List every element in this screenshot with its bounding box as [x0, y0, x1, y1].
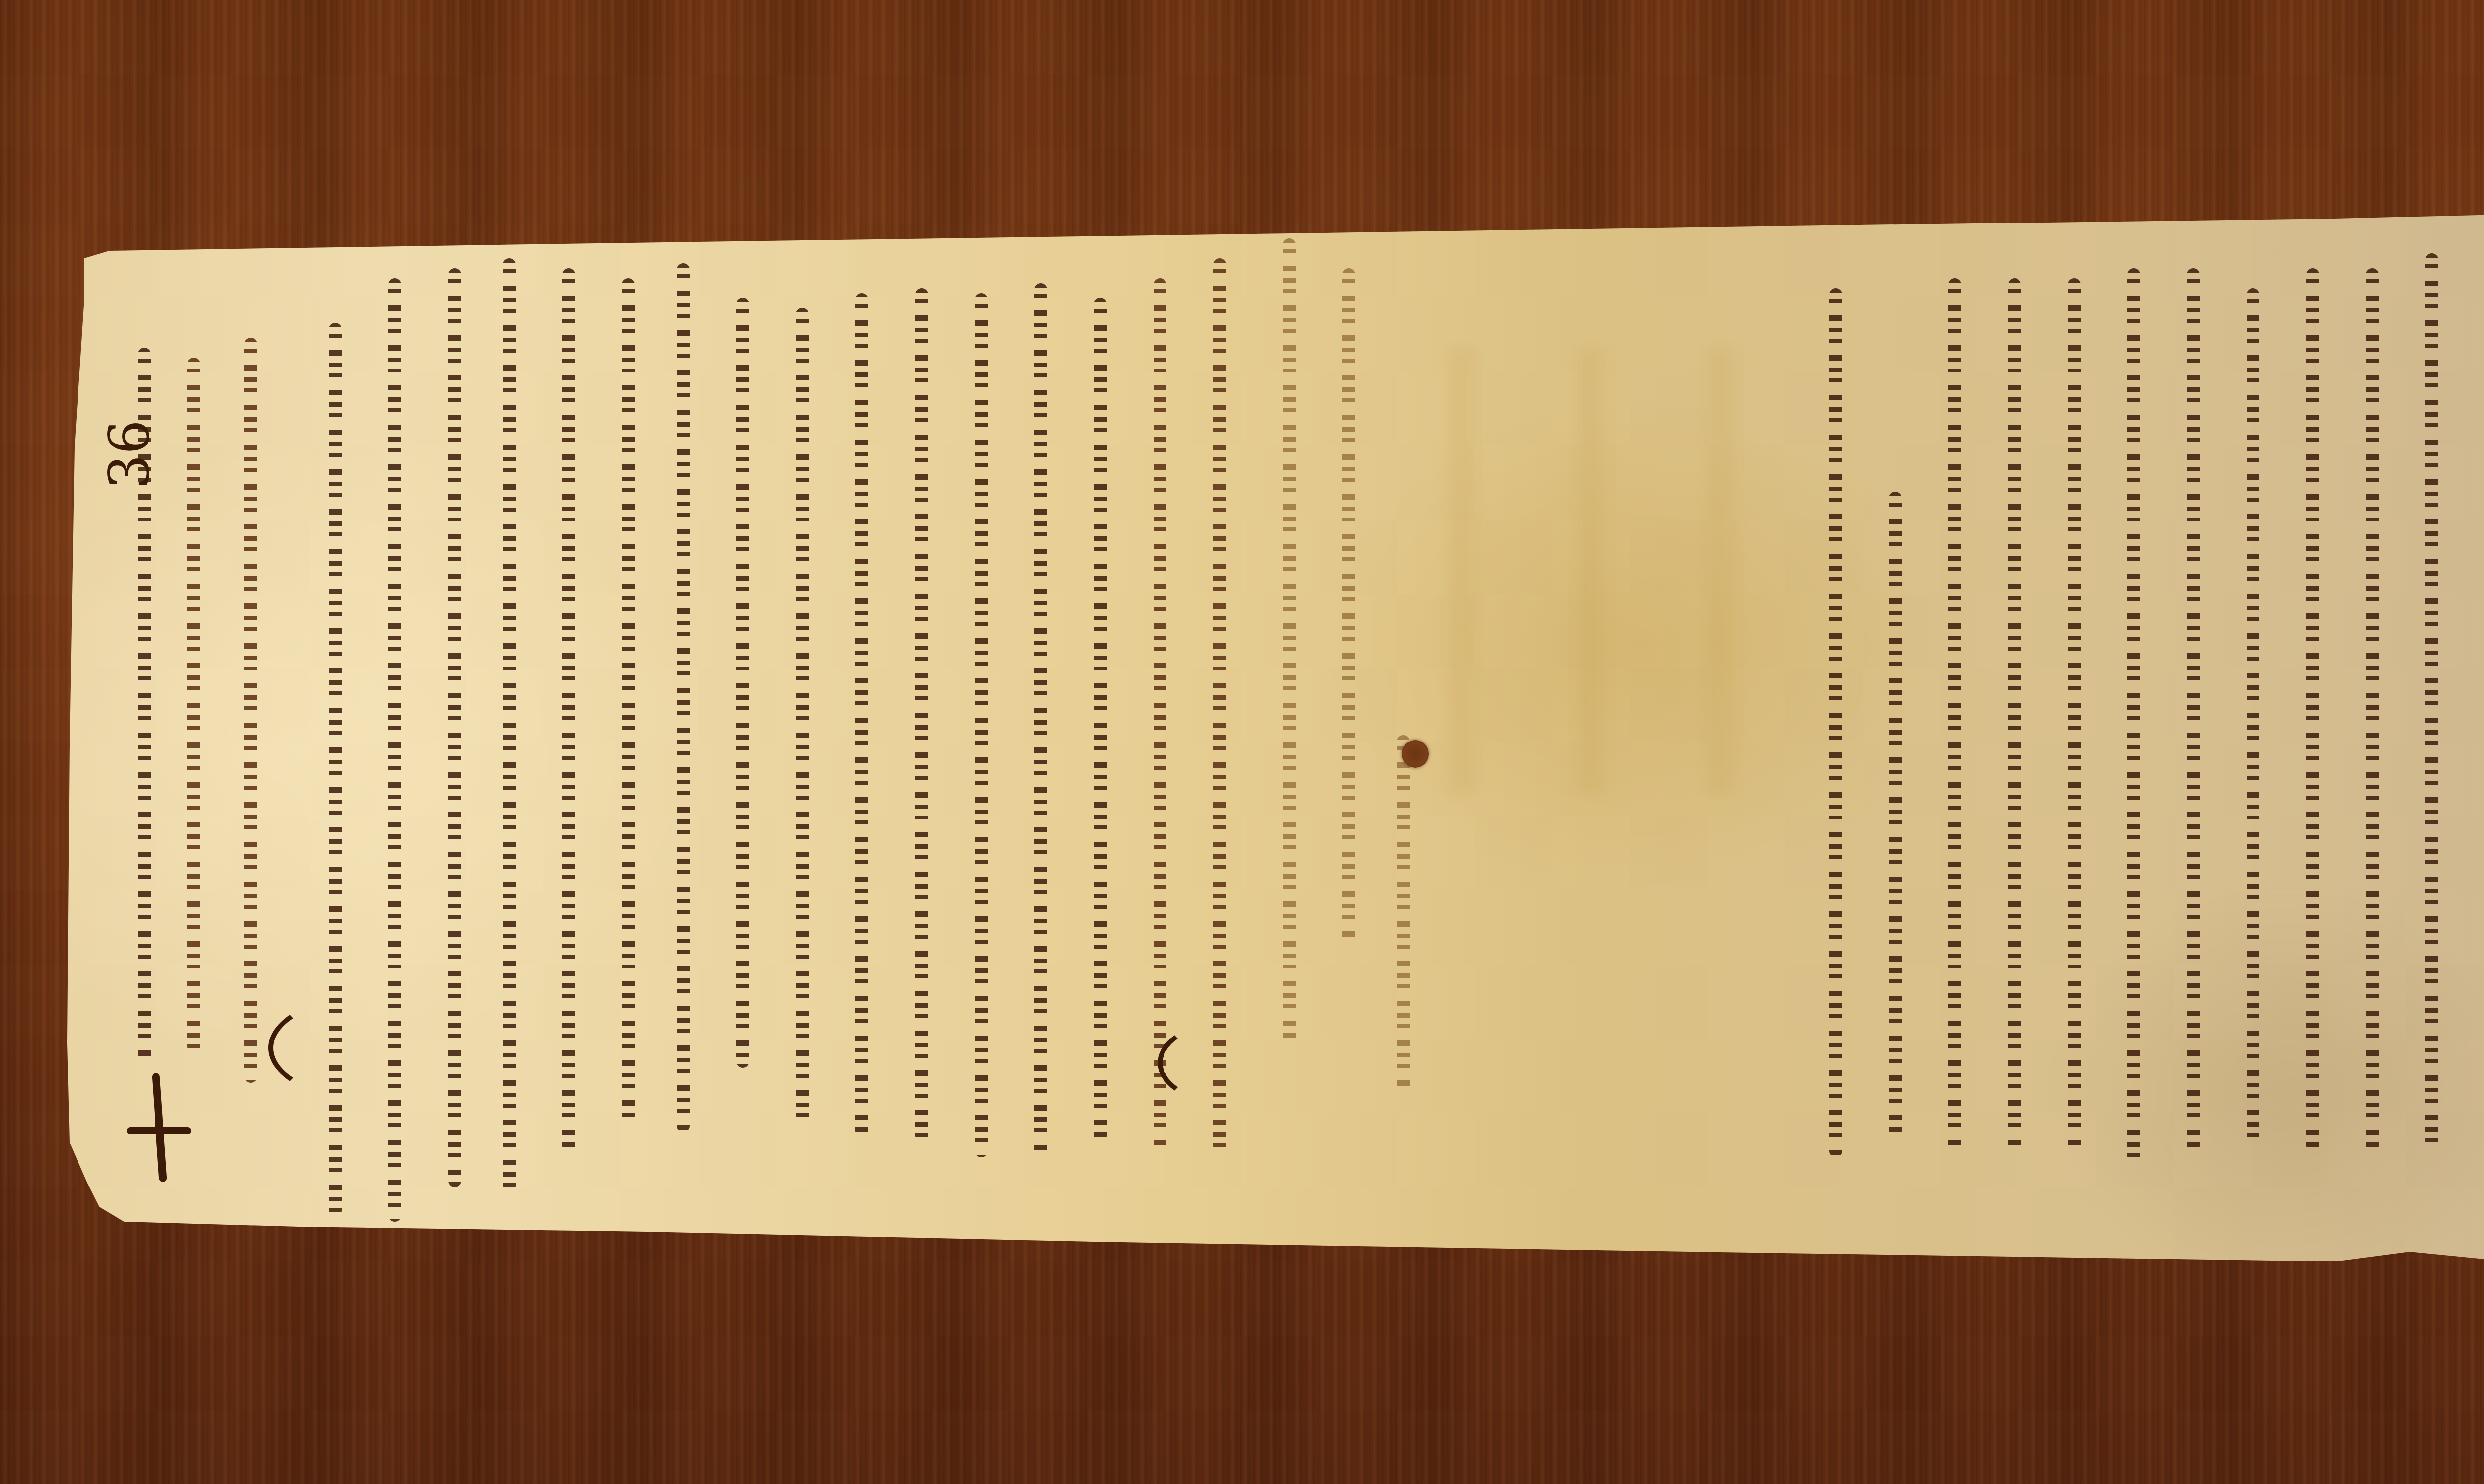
handwritten-line: [1938, 278, 1972, 1152]
handwritten-line: [2474, 238, 2484, 1152]
invocation-cross-icon: [127, 1073, 191, 1182]
folio-number: 36: [102, 420, 156, 489]
handwritten-line: [551, 268, 586, 1152]
handwritten-line: [2116, 268, 2151, 1162]
handwritten-line-faded: [1272, 238, 1307, 1043]
pen-flourish: [268, 993, 477, 1103]
handwritten-line-faded: [1331, 268, 1366, 944]
handwritten-line: [2236, 288, 2270, 1142]
handwritten-line: [1143, 278, 1177, 1152]
handwritten-line: [2176, 268, 2211, 1152]
handwritten-line: [176, 358, 211, 1053]
ink-bleed-through: [1441, 348, 1788, 795]
handwritten-line: [1023, 283, 1058, 1157]
paper-hole: [1402, 740, 1429, 768]
pen-flourish: [1158, 1018, 1317, 1108]
handwritten-line: [785, 308, 820, 1127]
handwritten-line: [2057, 278, 2092, 1152]
handwritten-line: [1997, 278, 2032, 1152]
handwritten-line: [904, 288, 939, 1142]
handwritten-line: [233, 338, 268, 1083]
handwritten-line: [1083, 298, 1118, 1142]
handwritten-line: [1818, 288, 1853, 1157]
handwritten-line: [725, 298, 760, 1068]
handwritten-line: [666, 263, 700, 1132]
handwritten-line-faded: [1386, 735, 1421, 1093]
handwritten-line: [1878, 492, 1913, 1137]
handwritten-line: [2295, 268, 2330, 1152]
handwritten-line: [845, 293, 879, 1137]
handwritten-line: [2355, 268, 2390, 1152]
handwritten-line: [492, 258, 527, 1192]
handwritten-line: [611, 278, 646, 1122]
handwritten-line: [964, 293, 999, 1157]
handwritten-line: [2414, 253, 2449, 1147]
